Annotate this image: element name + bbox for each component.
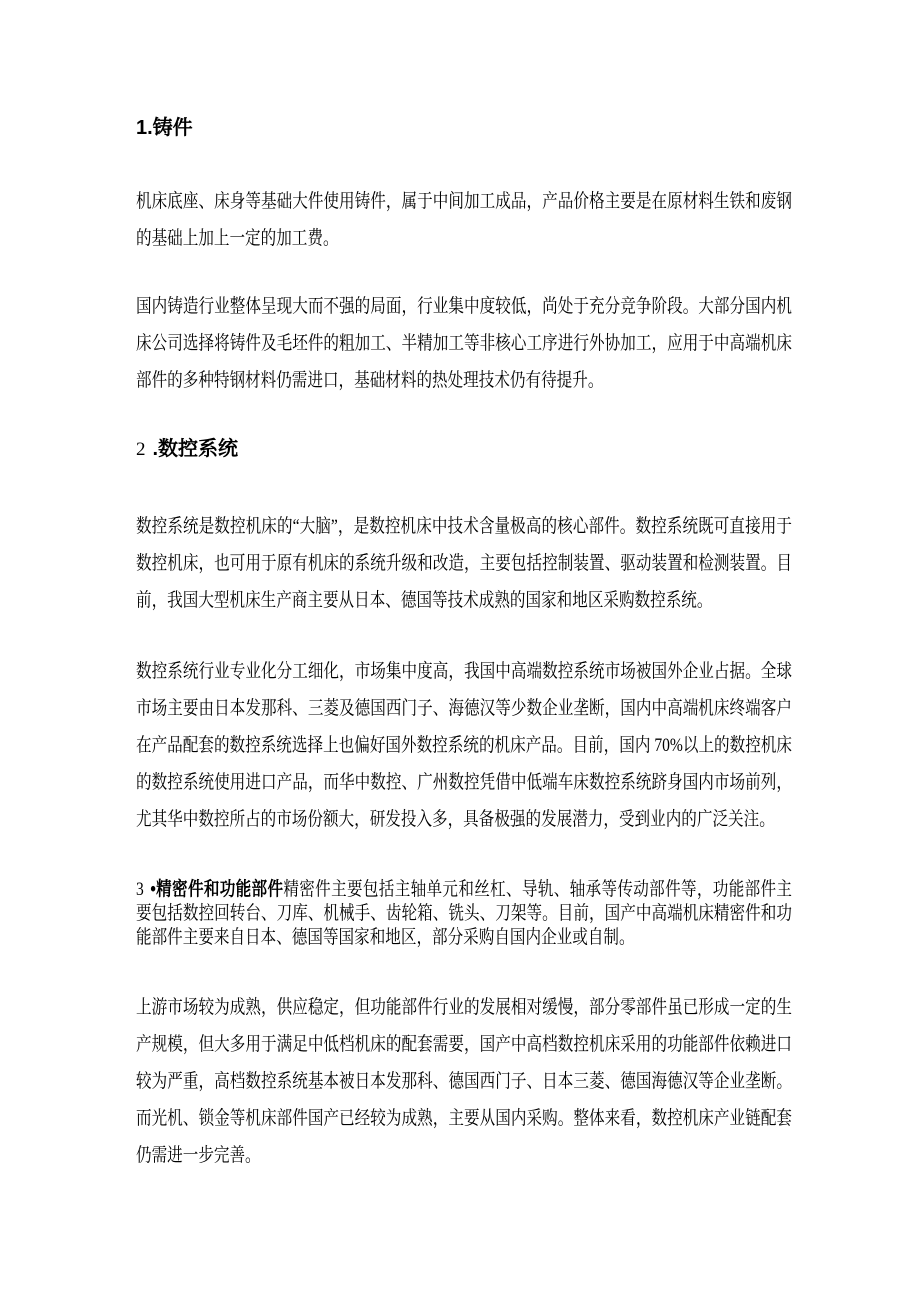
section-2-title: .数控系统 [153, 438, 239, 460]
section-3-title: •精密件和功能部件 [150, 879, 283, 900]
document-content: 1.铸件 机床底座、床身等基础大件使用铸件，属于中间加工成品，产品价格主要是在原… [136, 0, 796, 1174]
section-3-number: 3 [136, 879, 144, 900]
section-1-heading: 1.铸件 [136, 116, 796, 140]
document-page: 1.铸件 机床底座、床身等基础大件使用铸件，属于中间加工成品，产品价格主要是在原… [0, 0, 920, 1301]
section-2-number: 2 [136, 439, 146, 460]
section-1-paragraph-1: 机床底座、床身等基础大件使用铸件，属于中间加工成品，产品价格主要是在原材料生铁和… [136, 183, 792, 257]
section-3-lead-paragraph: 3•精密件和功能部件精密件主要包括主轴单元和丝杠、导轨、轴承等传动部件等，功能部… [136, 878, 792, 950]
section-2-paragraph-2: 数控系统行业专业化分工细化，市场集中度高，我国中高端数控系统市场被国外企业占据。… [136, 653, 792, 838]
section-1-paragraph-2: 国内铸造行业整体呈现大而不强的局面，行业集中度较低，尚处于充分竞争阶段。大部分国… [136, 288, 792, 399]
section-3-paragraph-2: 上游市场较为成熟，供应稳定，但功能部件行业的发展相对缓慢，部分零部件虽已形成一定… [136, 989, 792, 1174]
section-2-paragraph-1: 数控系统是数控机床的“大脑”，是数控机床中技术含量极高的核心部件。数控系统既可直… [136, 508, 792, 619]
section-2-heading: 2.数控系统 [136, 437, 796, 462]
